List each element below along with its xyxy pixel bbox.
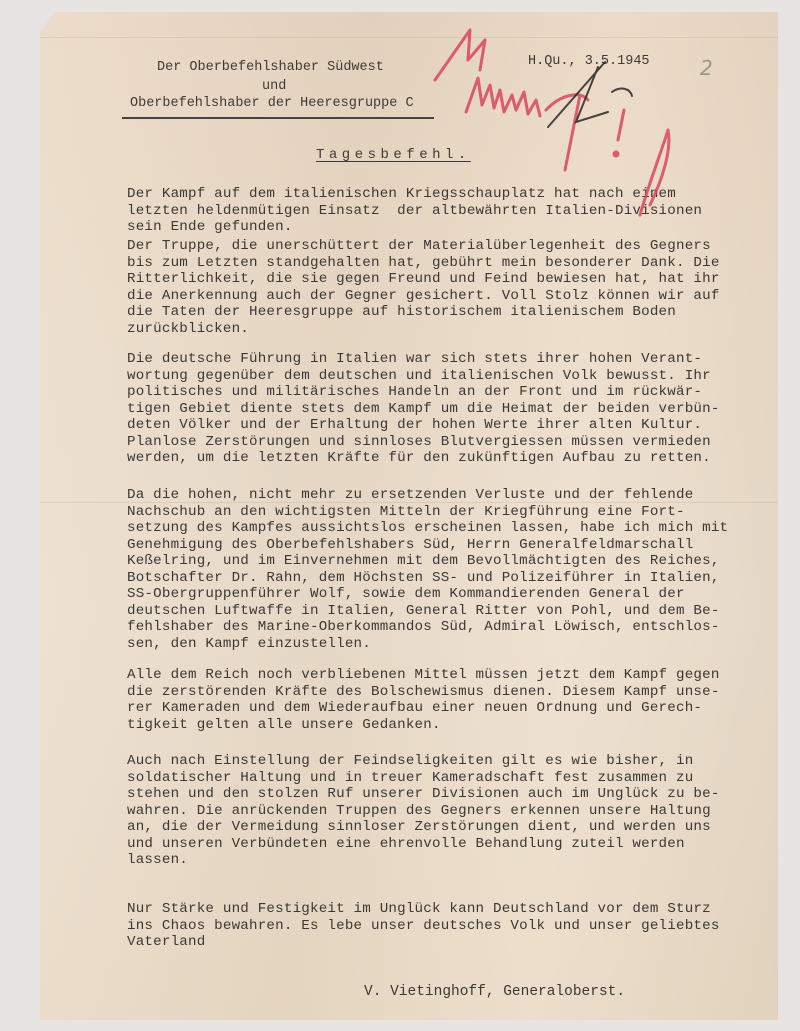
text-line: lassen. bbox=[127, 852, 720, 869]
paragraph: Auch nach Einstellung der Feindseligkeit… bbox=[127, 753, 720, 869]
org-line-3: Oberbefehlshaber der Heeresgruppe C bbox=[130, 96, 414, 111]
text-line: SS-Obergruppenführer Wolf, sowie dem Kom… bbox=[127, 586, 728, 603]
text-line: letzten heldenmütigen Einsatz der altbew… bbox=[127, 203, 702, 220]
text-line: wortung gegenüber dem deutschen und ital… bbox=[127, 368, 720, 385]
text-line: setzung des Kampfes aussichtslos erschei… bbox=[127, 520, 728, 537]
text-line: stehen und den stolzen Ruf unserer Divis… bbox=[127, 786, 720, 803]
text-line: rer Kameraden und dem Wiederaufbau einer… bbox=[127, 700, 720, 717]
text-line: Der Kampf auf dem italienischen Kriegssc… bbox=[127, 186, 702, 203]
text-line: Keßelring, und im Einvernehmen mit dem B… bbox=[127, 553, 728, 570]
text-line: Planlose Zerstörungen und sinnloses Blut… bbox=[127, 434, 720, 451]
text-line: Botschafter Dr. Rahn, dem Höchsten SS- u… bbox=[127, 570, 728, 587]
hq-date: H.Qu., 3.5.1945 bbox=[528, 54, 650, 69]
text-line: an, die der Vermeidung sinnloser Zerstör… bbox=[127, 819, 720, 836]
paragraph: Alle dem Reich noch verbliebenen Mittel … bbox=[127, 667, 720, 733]
text-line: sein Ende gefunden. bbox=[127, 219, 702, 236]
text-line: Nachschub an den wichtigsten Mitteln der… bbox=[127, 504, 728, 521]
text-line: Nur Stärke und Festigkeit im Unglück kan… bbox=[127, 901, 720, 918]
paragraph: Die deutsche Führung in Italien war sich… bbox=[127, 351, 720, 467]
text-line: deten Völker und der Erhaltung der hohen… bbox=[127, 417, 720, 434]
text-line: die Taten der Heeresgruppe auf historisc… bbox=[127, 304, 720, 321]
text-line: die zerstörenden Kräfte des Bolschewismu… bbox=[127, 684, 720, 701]
paragraph: Nur Stärke und Festigkeit im Unglück kan… bbox=[127, 901, 720, 951]
text-line: die Anerkennung auch der Gegner gesicher… bbox=[127, 288, 720, 305]
paragraph: Der Truppe, die unerschüttert der Materi… bbox=[127, 238, 720, 337]
paragraph: Da die hohen, nicht mehr zu ersetzenden … bbox=[127, 487, 728, 652]
text-line: Auch nach Einstellung der Feindseligkeit… bbox=[127, 753, 720, 770]
text-line: Ritterlichkeit, die sie gegen Freund und… bbox=[127, 271, 720, 288]
text-line: tigkeit gelten alle unsere Gedanken. bbox=[127, 717, 720, 734]
text-line: deutschen Luftwaffe in Italien, General … bbox=[127, 603, 728, 620]
text-line: zurückblicken. bbox=[127, 321, 720, 338]
text-line: fehlshaber des Marine-Oberkommandos Süd,… bbox=[127, 619, 728, 636]
text-line: Der Truppe, die unerschüttert der Materi… bbox=[127, 238, 720, 255]
text-line: werden, um die letzten Kräfte für den zu… bbox=[127, 450, 720, 467]
org-line-1: Der Oberbefehlshaber Südwest bbox=[157, 60, 384, 75]
signature: V. Vietinghoff, Generaloberst. bbox=[364, 984, 625, 1000]
text-line: bis zum Letzten standgehalten hat, gebüh… bbox=[127, 255, 720, 272]
text-line: soldatischer Haltung und in treuer Kamer… bbox=[127, 770, 720, 787]
text-line: politisches und militärisches Handeln an… bbox=[127, 384, 720, 401]
text-line: und unseren Verbündeten eine ehrenvolle … bbox=[127, 836, 720, 853]
text-line: Da die hohen, nicht mehr zu ersetzenden … bbox=[127, 487, 728, 504]
text-line: Vaterland bbox=[127, 934, 720, 951]
text-line: ins Chaos bewahren. Es lebe unser deutsc… bbox=[127, 918, 720, 935]
text-line: Alle dem Reich noch verbliebenen Mittel … bbox=[127, 667, 720, 684]
text-line: Genehmigung des Oberbefehlshabers Süd, H… bbox=[127, 537, 728, 554]
header-rule bbox=[122, 117, 434, 119]
org-line-2: und bbox=[262, 79, 286, 94]
text-line: wahren. Die anrückenden Truppen des Gegn… bbox=[127, 803, 720, 820]
paragraph: Der Kampf auf dem italienischen Kriegssc… bbox=[127, 186, 702, 236]
text-line: tigen Gebiet diente stets dem Kampf um d… bbox=[127, 401, 720, 418]
text-line: sen, den Kampf einzustellen. bbox=[127, 636, 728, 653]
document-title: Tagesbefehl. bbox=[316, 147, 471, 163]
page-number: 2 bbox=[700, 56, 713, 80]
text-line: Die deutsche Führung in Italien war sich… bbox=[127, 351, 720, 368]
